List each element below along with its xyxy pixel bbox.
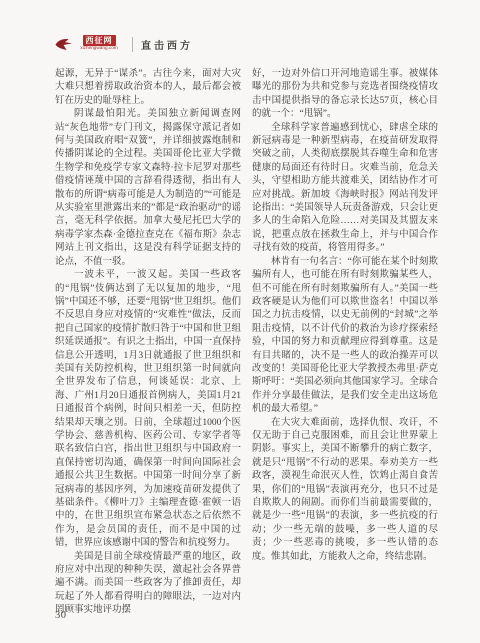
- paragraph: 在大灾大难面前，选择仇恨、攻讦，不仅无助于自己克服困难，而且会让世界蒙上阴影。事…: [252, 417, 438, 564]
- header-divider: [132, 37, 133, 52]
- paragraph: 林肯有一句名言：“你可能在某个时刻欺骗所有人，也可能在所有时刻欺骗某些人，但不可…: [252, 256, 438, 417]
- paragraph: 一波未平，一波又起。美国一些政客的“甩锅”伎俩达到了无以复加的地步，“甩锅”中国…: [55, 269, 241, 551]
- article-body: 起源，无异于“谋杀”。古往今来，面对大灾大难只想着捞取政治资本的人，最后都会被钉…: [55, 68, 438, 618]
- paragraph: 美国是目前全球疫情最严重的地区，政府应对中出现的种种失误，激起社会各界普遍不满。…: [55, 551, 241, 618]
- left-column: 起源，无异于“谋杀”。古往今来，面对大灾大难只想着捞取政治资本的人，最后都会被钉…: [55, 68, 241, 618]
- logo-text: 西征网: [83, 35, 116, 46]
- site-logo: 西征网 xizhengwang.com: [55, 35, 123, 53]
- logo-eagle-icon: [55, 38, 72, 51]
- paragraph: 阴谋最怕阳光。美国独立新闻调查网站“灰色地带”专门刊文，揭露保守派记者如何与美国…: [55, 108, 241, 269]
- logo-domain-text: xizhengwang.com: [80, 46, 117, 51]
- section-label: 直击西方: [141, 37, 193, 52]
- paragraph: 好，一边对外信口开河地造谣生事。被媒体曝光的那份为共和党参与竞选者围绕疫情攻击中…: [252, 68, 438, 122]
- paragraph: 全球科学家普遍感到忧心，肆虐全球的新冠病毒是一种新型病毒，在疫苗研发取得突破之前…: [252, 122, 438, 256]
- right-column: 好，一边对外信口开河地造谣生事。被媒体曝光的那份为共和党参与竞选者围绕疫情攻击中…: [252, 68, 438, 618]
- page-number: 30: [55, 610, 67, 621]
- magazine-page: 西征网 xizhengwang.com 直击西方 起源，无异于“谋杀”。古往今来…: [0, 0, 480, 643]
- page-header: 西征网 xizhengwang.com 直击西方: [55, 33, 438, 55]
- paragraph: 起源，无异于“谋杀”。古往今来，面对大灾大难只想着捞取政治资本的人，最后都会被钉…: [55, 68, 241, 108]
